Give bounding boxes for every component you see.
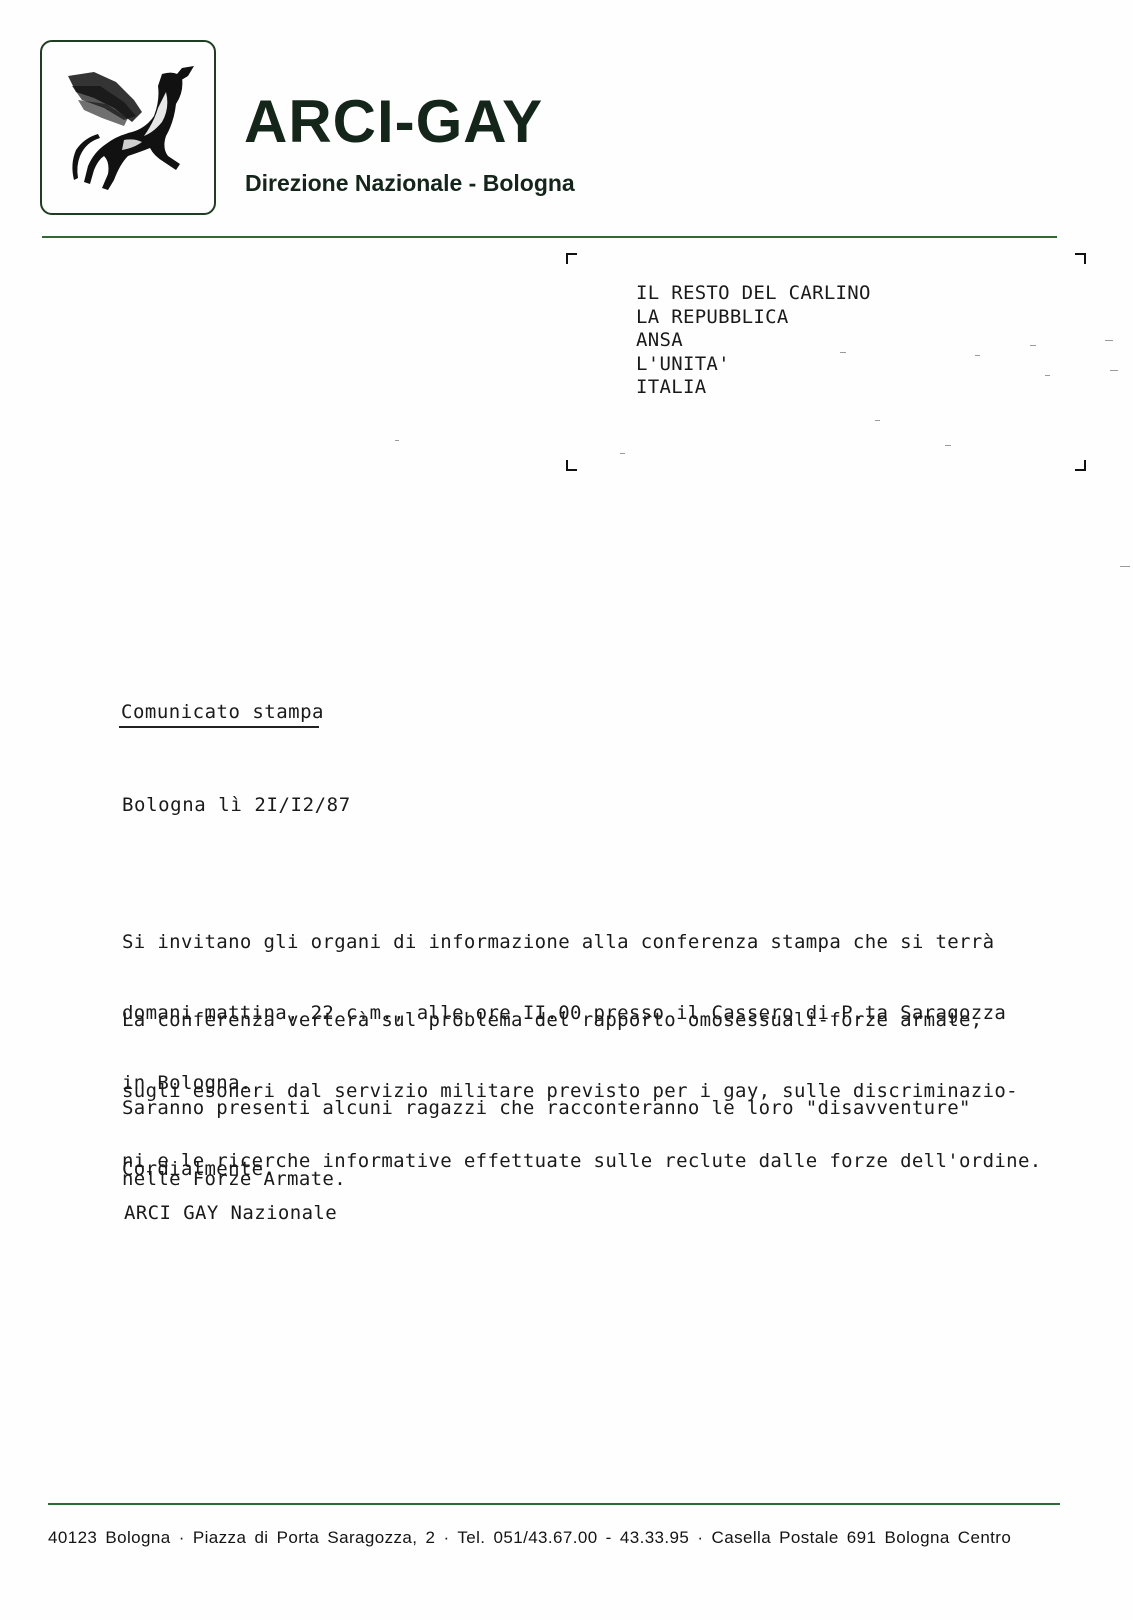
letter-page: ARCI-GAY Direzione Nazionale - Bologna I… <box>0 0 1133 1620</box>
dateline: Bologna lì 2I/I2/87 <box>122 794 351 816</box>
body-line: Si invitano gli organi di informazione a… <box>122 931 1006 955</box>
recipient: ANSA <box>636 329 871 353</box>
address-window-corner-bottom-right <box>1075 460 1086 471</box>
address-window-corner-top-right <box>1075 253 1086 264</box>
signature: ARCI GAY Nazionale <box>124 1202 337 1224</box>
recipient-list: IL RESTO DEL CARLINO LA REPUBBLICA ANSA … <box>636 282 871 400</box>
organization-name: ARCI-GAY <box>244 92 543 152</box>
subject-underline <box>119 726 319 728</box>
pegasus-logo-icon <box>54 52 204 202</box>
body-line: La conferenza verterà sul problema del r… <box>122 1009 1042 1033</box>
header-divider <box>42 236 1057 238</box>
recipient: ITALIA <box>636 376 871 400</box>
logo-frame <box>40 40 216 215</box>
address-window-corner-top-left <box>566 253 577 264</box>
recipient: L'UNITA' <box>636 353 871 377</box>
recipient: LA REPUBBLICA <box>636 306 871 330</box>
organization-subtitle: Direzione Nazionale - Bologna <box>245 172 575 195</box>
recipient: IL RESTO DEL CARLINO <box>636 282 871 306</box>
subject-heading: Comunicato stampa <box>121 701 324 723</box>
address-window-corner-bottom-left <box>566 460 577 471</box>
body-line: Cordialmente. <box>122 1158 275 1182</box>
footer-divider <box>48 1503 1060 1505</box>
footer-address: 40123 Bologna · Piazza di Porta Saragozz… <box>48 1528 1011 1548</box>
